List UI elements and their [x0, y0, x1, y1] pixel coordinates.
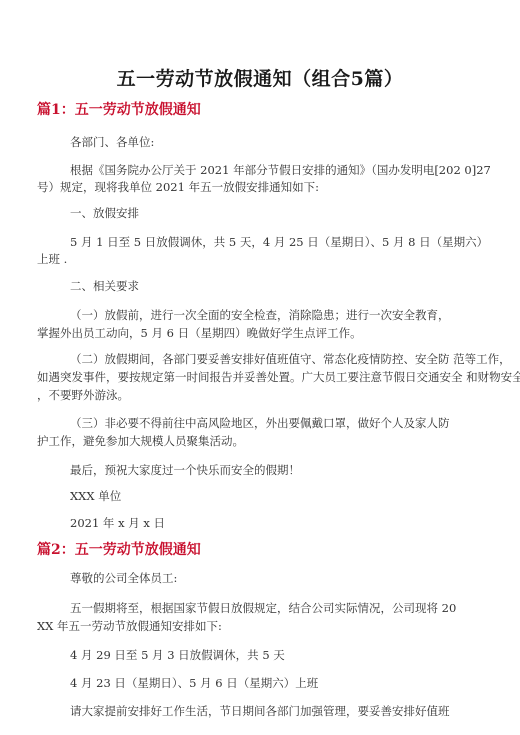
- paragraph-line: （二）放假期间，各部门要妥善安排好值班值守、常态化疫情防控、安全防 范等工作，: [70, 352, 511, 366]
- paragraph-line: （三）非必要不得前往中高风险地区，外出要佩戴口罩，做好个人及家人防: [70, 416, 450, 430]
- paragraph-line: 五一假期将至，根据国家节假日放假规定，结合公司实际情况，公司现将 20: [70, 601, 456, 615]
- salutation: 各部门、各单位:: [70, 135, 154, 149]
- paragraph-line: 号）规定，现将我单位 2021 年五一放假安排通知如下:: [37, 180, 319, 194]
- paragraph-line: 护工作，避免参加大规模人员聚集活动。: [37, 434, 244, 448]
- section-1-heading: 篇1：五一劳动节放假通知: [37, 99, 201, 119]
- subheading-holiday-arrangement: 一、放假安排: [70, 206, 139, 220]
- paragraph-line: 5 月 1 日至 5 日放假调休，共 5 天，4 月 25 日（星期日）、5 月…: [70, 235, 488, 249]
- document-title: 五一劳动节放假通知（组合5篇）: [0, 64, 520, 91]
- paragraph-line: 上班 .: [37, 252, 67, 266]
- paragraph-line: 请大家提前安排好工作生活，节日期间各部门加强管理，要妥善安排好值班: [70, 704, 450, 718]
- paragraph-line: 掌握外出员工动向，5 月 6 日（星期四）晚做好学生点评工作。: [37, 326, 362, 340]
- paragraph-line: XX 年五一劳动节放假通知安排如下:: [37, 619, 222, 633]
- salutation: 尊敬的公司全体员工:: [70, 571, 177, 585]
- section-2-heading: 篇2：五一劳动节放假通知: [37, 539, 201, 559]
- signature-unit: XXX 单位: [70, 489, 121, 503]
- paragraph-line: 如遇突发事件，要按规定第一时间报告并妥善处置。广大员工要注意节假日交通安全 和财…: [37, 370, 520, 384]
- signature-date: 2021 年 x 月 x 日: [70, 516, 165, 530]
- paragraph-line: （一）放假前，进行一次全面的安全检查，消除隐患；进行一次安全教育，: [70, 308, 450, 322]
- paragraph-line: 4 月 23 日（星期日）、5 月 6 日（星期六）上班: [70, 676, 318, 690]
- closing-line: 最后，预祝大家度过一个快乐而安全的假期！: [70, 463, 300, 477]
- document-page: 五一劳动节放假通知（组合5篇） 篇1：五一劳动节放假通知 各部门、各单位: 根据…: [0, 0, 520, 735]
- subheading-requirements: 二、相关要求: [70, 279, 139, 293]
- paragraph-line: 4 月 29 日至 5 月 3 日放假调休，共 5 天: [70, 648, 285, 662]
- paragraph-line: ，不要野外游泳。: [37, 388, 129, 402]
- paragraph-line: 根据《国务院办公厅关于 2021 年部分节假日安排的通知》（国办发明电[202 …: [70, 163, 491, 177]
